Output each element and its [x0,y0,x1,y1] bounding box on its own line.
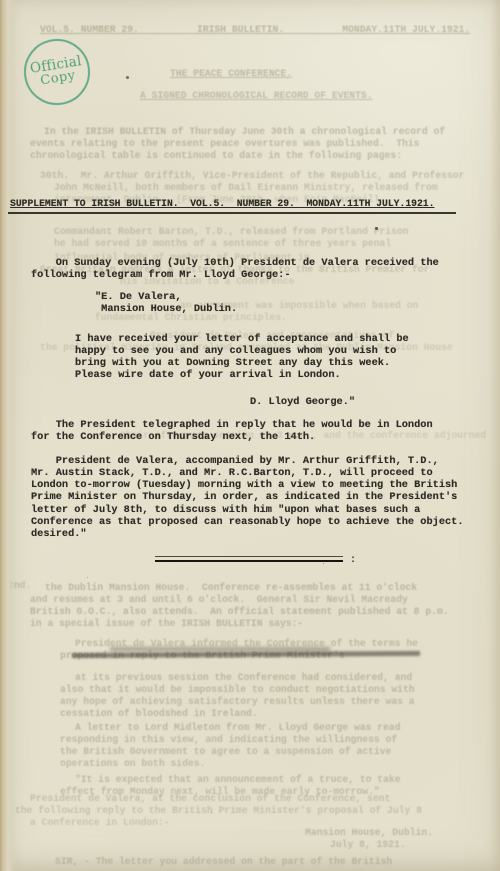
bleedthrough-line: President de Valera, at the conclusion o… [30,793,390,804]
bleedthrough-line: effect from Monday next, will be made ea… [60,786,380,797]
bleedthrough-line: responding in this view, and indicating … [60,734,397,745]
bleedthrough-line: he had served 10 months of a sentence of… [54,238,391,249]
ink-smudge-streak [110,647,330,651]
bleedthrough-line: in a special issue of the IRISH BULLETIN… [30,618,303,629]
bleedthrough-line: VOL.5. NUMBER 29. IRISH BULLETIN. MONDAY… [40,24,470,35]
stray-ink-mark: : [350,555,356,567]
bleedthrough-line: also that it would be impossible to cond… [60,684,415,695]
bleedthrough-line: THE PEACE CONFERENCE. [170,68,292,79]
heading-underline-rule [8,212,456,214]
bleedthrough-line: and resumes at 3 and until 6 o'clock. Ge… [30,594,408,605]
page-left-edge [0,0,16,871]
bleedthrough-line: British G.O.C., also attends. An officia… [30,606,449,617]
paragraph-reply: The President telegraphed in reply that … [31,419,433,443]
bleedthrough-line: "It is expected that an announcement of … [75,774,401,785]
bleedthrough-line: the Dublin Mansion House. Conference re-… [45,582,417,593]
document-page: VOL.5. NUMBER 29. IRISH BULLETIN. MONDAY… [0,0,500,871]
bleedthrough-line: 2nd. [8,580,31,591]
paragraph-delegation: President de Valera, accompanied by Mr. … [31,455,464,540]
official-copy-stamp: Official Copy [19,34,95,110]
stamp-text-copy: Copy [39,69,76,88]
bleedthrough-line: the following reply to the British Prime… [15,805,422,816]
bleedthrough-line: Commandant Robert Barton, T.D., released… [54,226,409,237]
paper-speck [126,76,129,79]
bulletin-heading: SUPPLEMENT TO IRISH BULLETIN. VOL.5. NUM… [10,198,434,209]
bleedthrough-line: 30th. Mr. Arthur Griffith, Vice-Presiden… [40,170,464,181]
bleedthrough-line: any hope of achieving satisfactory resul… [60,696,415,707]
paragraph-intro: On Sunday evening (July 10th) President … [31,257,439,281]
page-right-edge [490,0,500,871]
bleedthrough-line: at its previous session the Conference h… [75,672,412,683]
bleedthrough-line: the British Government to agree to a sus… [60,746,391,757]
closing-divider-rule [155,556,343,562]
bleedthrough-line: SIR, - The letter you addressed on the p… [55,856,392,867]
bleedthrough-line: A SIGNED CHRONOLOGICAL RECORD OF EVENTS. [140,90,373,101]
bleedthrough-line: chronological table is continued to date… [30,150,402,161]
bleedthrough-line: a Conference in London:- [30,817,170,828]
telegram-signature: D. Lloyd George." [250,396,355,408]
bleedthrough-line: In the IRISH BULLETIN of Thursday June 3… [44,126,445,137]
ink-smudge-rule [72,651,420,658]
bleedthrough-line: operations on both sides. [60,758,205,769]
bleedthrough-line: Mansion House, Dublin. [305,827,433,838]
bleedthrough-line: John McNeill, both members of Dail Eirea… [54,182,438,193]
telegram-body: I have received your letter of acceptanc… [75,333,409,382]
bleedthrough-line: events relating to the present peace ove… [30,138,420,149]
bleedthrough-line: cessation of bloodshed in Ireland. [60,708,258,719]
bleedthrough-line: July 8, 1921. [330,839,406,850]
telegram-address: "E. De Valera, Mansion House, Dublin. [95,291,237,315]
bleedthrough-line: A letter to Lord Midleton from Mr. Lloyd… [75,722,401,733]
